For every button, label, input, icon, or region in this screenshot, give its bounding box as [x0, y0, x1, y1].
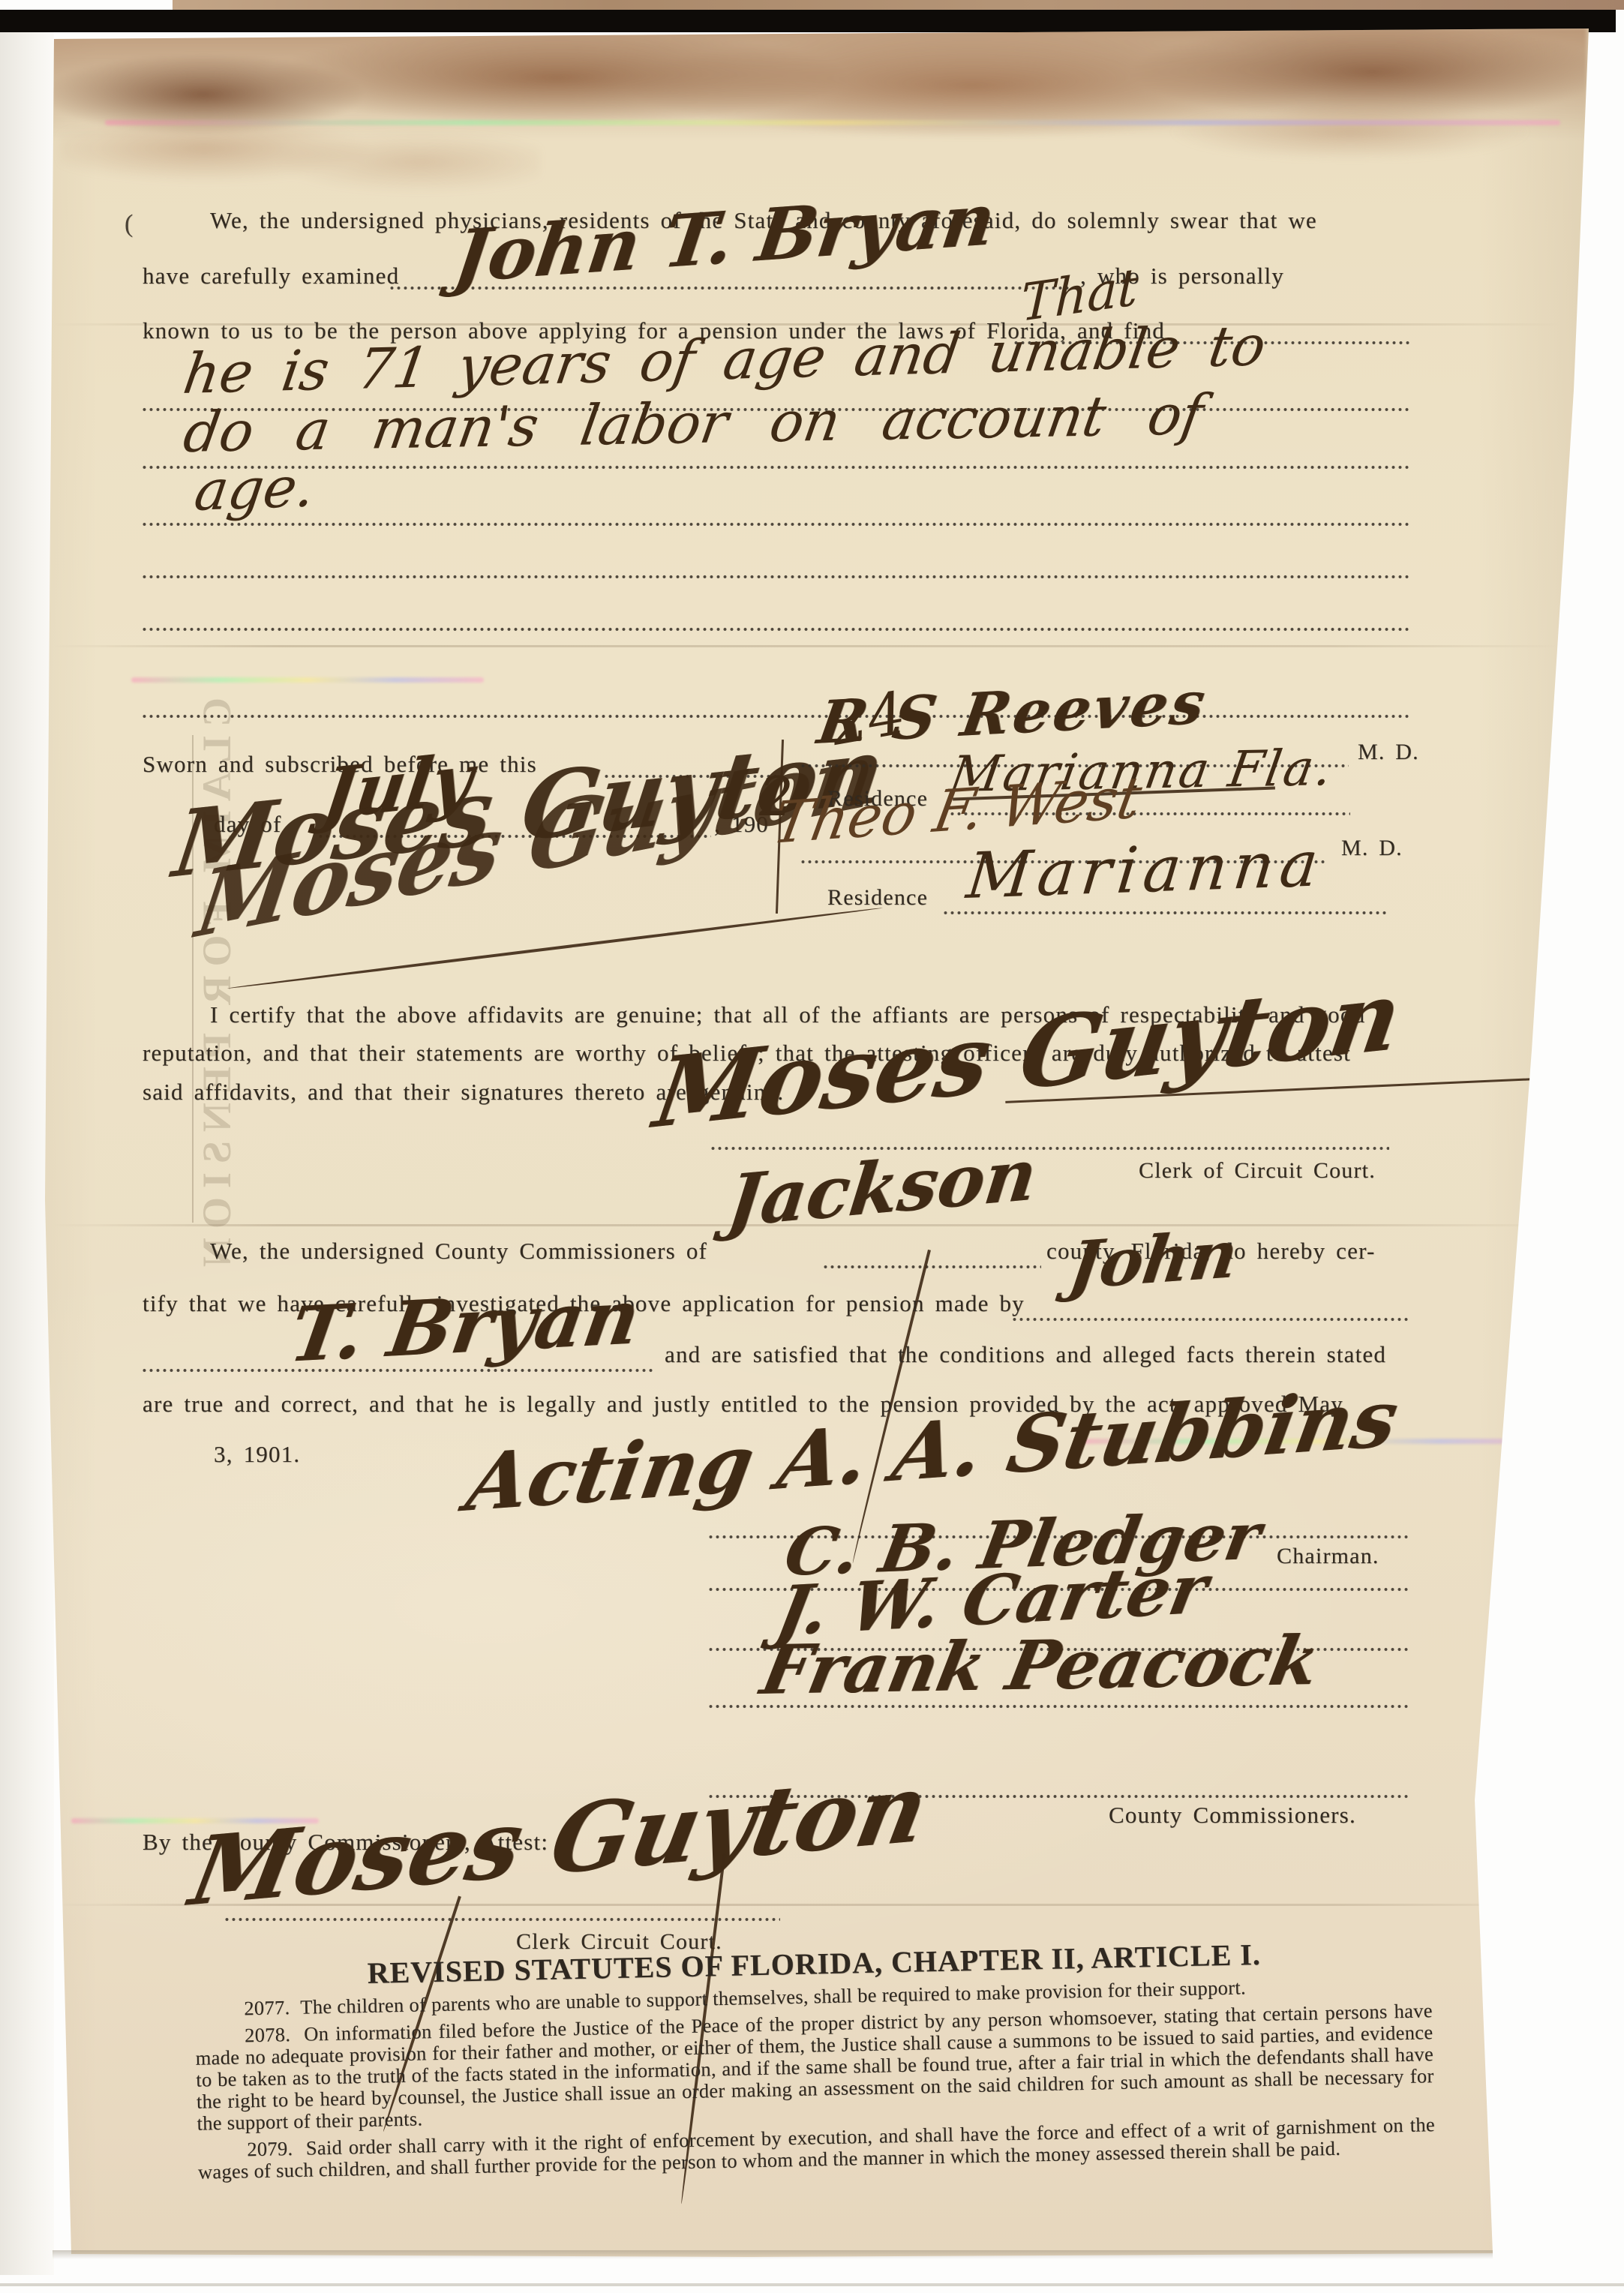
clerk-signature: Moses Guyton [649, 967, 1407, 1142]
statute-2079-number: 2079. [247, 2137, 293, 2160]
signature-rule [225, 1917, 780, 1922]
md-label-2: M. D. [1341, 837, 1403, 860]
applicant-last-handwritten: T. Bryan [285, 1279, 644, 1373]
scanner-bottom-line [0, 2283, 1624, 2286]
attest-clerk-signature: Moses Guyton [184, 1761, 935, 1920]
statute-2078: 2078. On information filed before the Ju… [195, 2000, 1435, 2135]
document-scan: CLAIM FOR PENSION ( We, the undersigned … [0, 0, 1624, 2293]
commissioners-line3-end: and are satisfied that the conditions an… [665, 1343, 1386, 1366]
commissioners-line1: We, the undersigned County Commissioners… [210, 1239, 707, 1262]
statute-2078-text: On information filed before the Justice … [195, 1999, 1433, 2135]
fill-in-rule [944, 911, 1389, 915]
finding-line3-handwritten: age. [191, 459, 318, 519]
md-label-1: M. D. [1358, 741, 1419, 764]
ruled-line [143, 465, 1410, 470]
county-handwritten: Jackson [724, 1139, 1040, 1238]
adjacent-page-edge [173, 0, 1624, 10]
physician2-residence-handwritten: Marianna [964, 832, 1327, 908]
chairman-label: Chairman. [1277, 1545, 1379, 1568]
glare-streak [131, 677, 484, 683]
statute-2078-number: 2078. [245, 2023, 291, 2046]
physician1-signature: R S Reeves [814, 674, 1211, 753]
ruled-line [143, 714, 1410, 719]
affidavit-examined-label: have carefully examined [143, 264, 399, 287]
signature-rule [711, 1146, 1389, 1151]
ruled-line [143, 627, 1410, 632]
tape-glare [105, 120, 1560, 125]
margin-bracket: ( [125, 212, 134, 237]
ruled-line [143, 522, 1410, 527]
fill-in-rule [824, 1265, 1041, 1269]
page-bottom-shadow [53, 2250, 1493, 2259]
commissioners-line5: 3, 1901. [214, 1442, 300, 1466]
statutes-section: REVISED STATUTES OF FLORIDA, CHAPTER II,… [113, 1934, 1467, 2185]
ruled-line [143, 575, 1410, 579]
commissioners-group-label: County Commissioners. [1109, 1803, 1356, 1826]
stain-blot-left [60, 113, 540, 203]
finding-line2-handwritten: do a man's labor on account of [180, 387, 1207, 461]
commissioner-signature-4: Frank Peacock [756, 1627, 1324, 1704]
clerk-title: Clerk of Circuit Court. [1139, 1160, 1376, 1182]
fold-crease [53, 645, 1560, 647]
pension-form-page: CLAIM FOR PENSION ( We, the undersigned … [0, 0, 1624, 2293]
signature-rule [709, 1704, 1410, 1709]
residence-label-2: Residence [827, 887, 928, 909]
fill-in-rule [1013, 1317, 1410, 1322]
stain-blot-right [1125, 105, 1575, 173]
applicant-first-handwritten: John [1065, 1222, 1241, 1299]
scanner-black-band [5, 10, 1616, 32]
statute-2077-number: 2077. [244, 1996, 290, 2019]
